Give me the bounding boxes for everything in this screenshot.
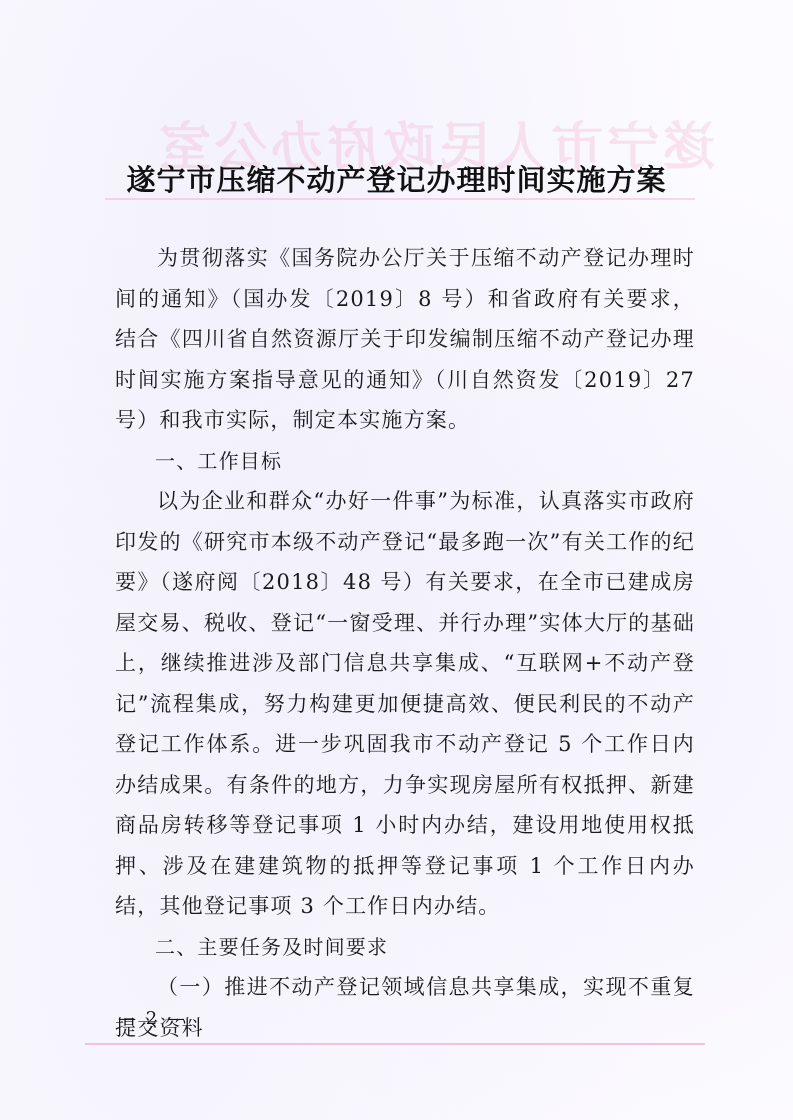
section-heading-tasks: 二、主要任务及时间要求 (115, 927, 695, 968)
page-number: — 2 — (118, 1008, 187, 1029)
document-page: 遂宁市人民政府办公室 遂宁市压缩不动产登记办理时间实施方案 为贯彻落实《国务院办… (0, 0, 793, 1120)
goals-paragraph: 以为企业和群众“办好一件事”为标准，认真落实市政府印发的《研究市本级不动产登记“… (115, 481, 695, 927)
document-body: 为贯彻落实《国务院办公厅关于压缩不动产登记办理时间的通知》（国办发〔2019〕8… (115, 238, 695, 1048)
section-heading-goals: 一、工作目标 (115, 441, 695, 482)
bottom-rule (85, 1043, 705, 1045)
document-title: 遂宁市压缩不动产登记办理时间实施方案 (0, 158, 793, 199)
intro-paragraph: 为贯彻落实《国务院办公厅关于压缩不动产登记办理时间的通知》（国办发〔2019〕8… (115, 238, 695, 441)
tasks-subheading: （一）推进不动产登记领域信息共享集成，实现不重复提交资料 (115, 967, 695, 1048)
